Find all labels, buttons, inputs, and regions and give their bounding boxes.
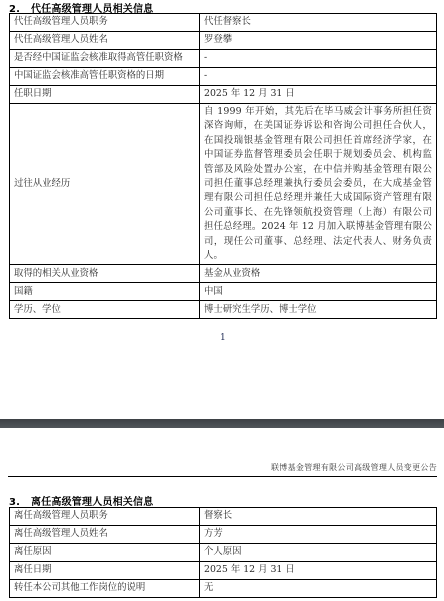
row-value: 罗登攀 <box>200 32 437 50</box>
page-number: 1 <box>220 333 226 343</box>
table-row: 任职日期 2025 年 12 月 31 日 <box>10 86 437 104</box>
row-label: 转任本公司其他工作岗位的说明 <box>10 580 200 598</box>
acting-executive-info-table: 代任高级管理人员职务 代任督察长 代任高级管理人员姓名 罗登攀 是否经中国证监会… <box>9 13 437 319</box>
table-row: 离任日期 2025 年 12 月 31 日 <box>10 562 437 580</box>
row-label: 离任原因 <box>10 544 200 562</box>
row-value: - <box>200 68 437 86</box>
table-row: 学历、学位 博士研究生学历、博士学位 <box>10 301 437 319</box>
row-value: 方芳 <box>200 526 437 544</box>
row-label: 离任日期 <box>10 562 200 580</box>
table-row: 代任高级管理人员姓名 罗登攀 <box>10 32 437 50</box>
table-row: 转任本公司其他工作岗位的说明 无 <box>10 580 437 598</box>
table-row: 取得的相关从业资格 基金从业资格 <box>10 265 437 283</box>
table-row: 离任原因 个人原因 <box>10 544 437 562</box>
table-row: 代任高级管理人员职务 代任督察长 <box>10 14 437 32</box>
row-value: 中国 <box>200 283 437 301</box>
row-value: 基金从业资格 <box>200 265 437 283</box>
row-value: 自 1999 年开始，其先后在毕马威会计事务所担任资深咨询师，在美国证券诉讼和咨… <box>200 104 437 265</box>
table-row: 离任高级管理人员职务 督察长 <box>10 508 437 526</box>
row-value: 个人原因 <box>200 544 437 562</box>
row-value: 2025 年 12 月 31 日 <box>200 86 437 104</box>
row-value: 2025 年 12 月 31 日 <box>200 562 437 580</box>
row-value: 代任督察长 <box>200 14 437 32</box>
row-value: 博士研究生学历、博士学位 <box>200 301 437 319</box>
row-label: 离任高级管理人员职务 <box>10 508 200 526</box>
row-value: 督察长 <box>200 508 437 526</box>
row-value: 无 <box>200 580 437 598</box>
row-label: 是否经中国证监会核准取得高管任职资格 <box>10 50 200 68</box>
header-rule <box>8 476 437 477</box>
row-label: 学历、学位 <box>10 301 200 319</box>
row-label: 过往从业经历 <box>10 104 200 265</box>
row-label: 中国证监会核准高管任职资格的日期 <box>10 68 200 86</box>
row-label: 任职日期 <box>10 86 200 104</box>
table-row: 是否经中国证监会核准取得高管任职资格 - <box>10 50 437 68</box>
row-label: 离任高级管理人员姓名 <box>10 526 200 544</box>
table-row: 国籍 中国 <box>10 283 437 301</box>
row-label: 代任高级管理人员姓名 <box>10 32 200 50</box>
row-label: 取得的相关从业资格 <box>10 265 200 283</box>
page-separator <box>0 419 444 428</box>
row-label: 代任高级管理人员职务 <box>10 14 200 32</box>
row-label: 国籍 <box>10 283 200 301</box>
running-header: 联博基金管理有限公司高级管理人员变更公告 <box>271 462 437 473</box>
section-3-heading: 3.离任高级管理人员相关信息 <box>9 493 153 508</box>
departing-executive-info-table: 离任高级管理人员职务 督察长 离任高级管理人员姓名 方芳 离任原因 个人原因 离… <box>9 507 437 598</box>
table-row: 过往从业经历 自 1999 年开始，其先后在毕马威会计事务所担任资深咨询师，在美… <box>10 104 437 265</box>
table-row: 离任高级管理人员姓名 方芳 <box>10 526 437 544</box>
table-row: 中国证监会核准高管任职资格的日期 - <box>10 68 437 86</box>
row-value: - <box>200 50 437 68</box>
